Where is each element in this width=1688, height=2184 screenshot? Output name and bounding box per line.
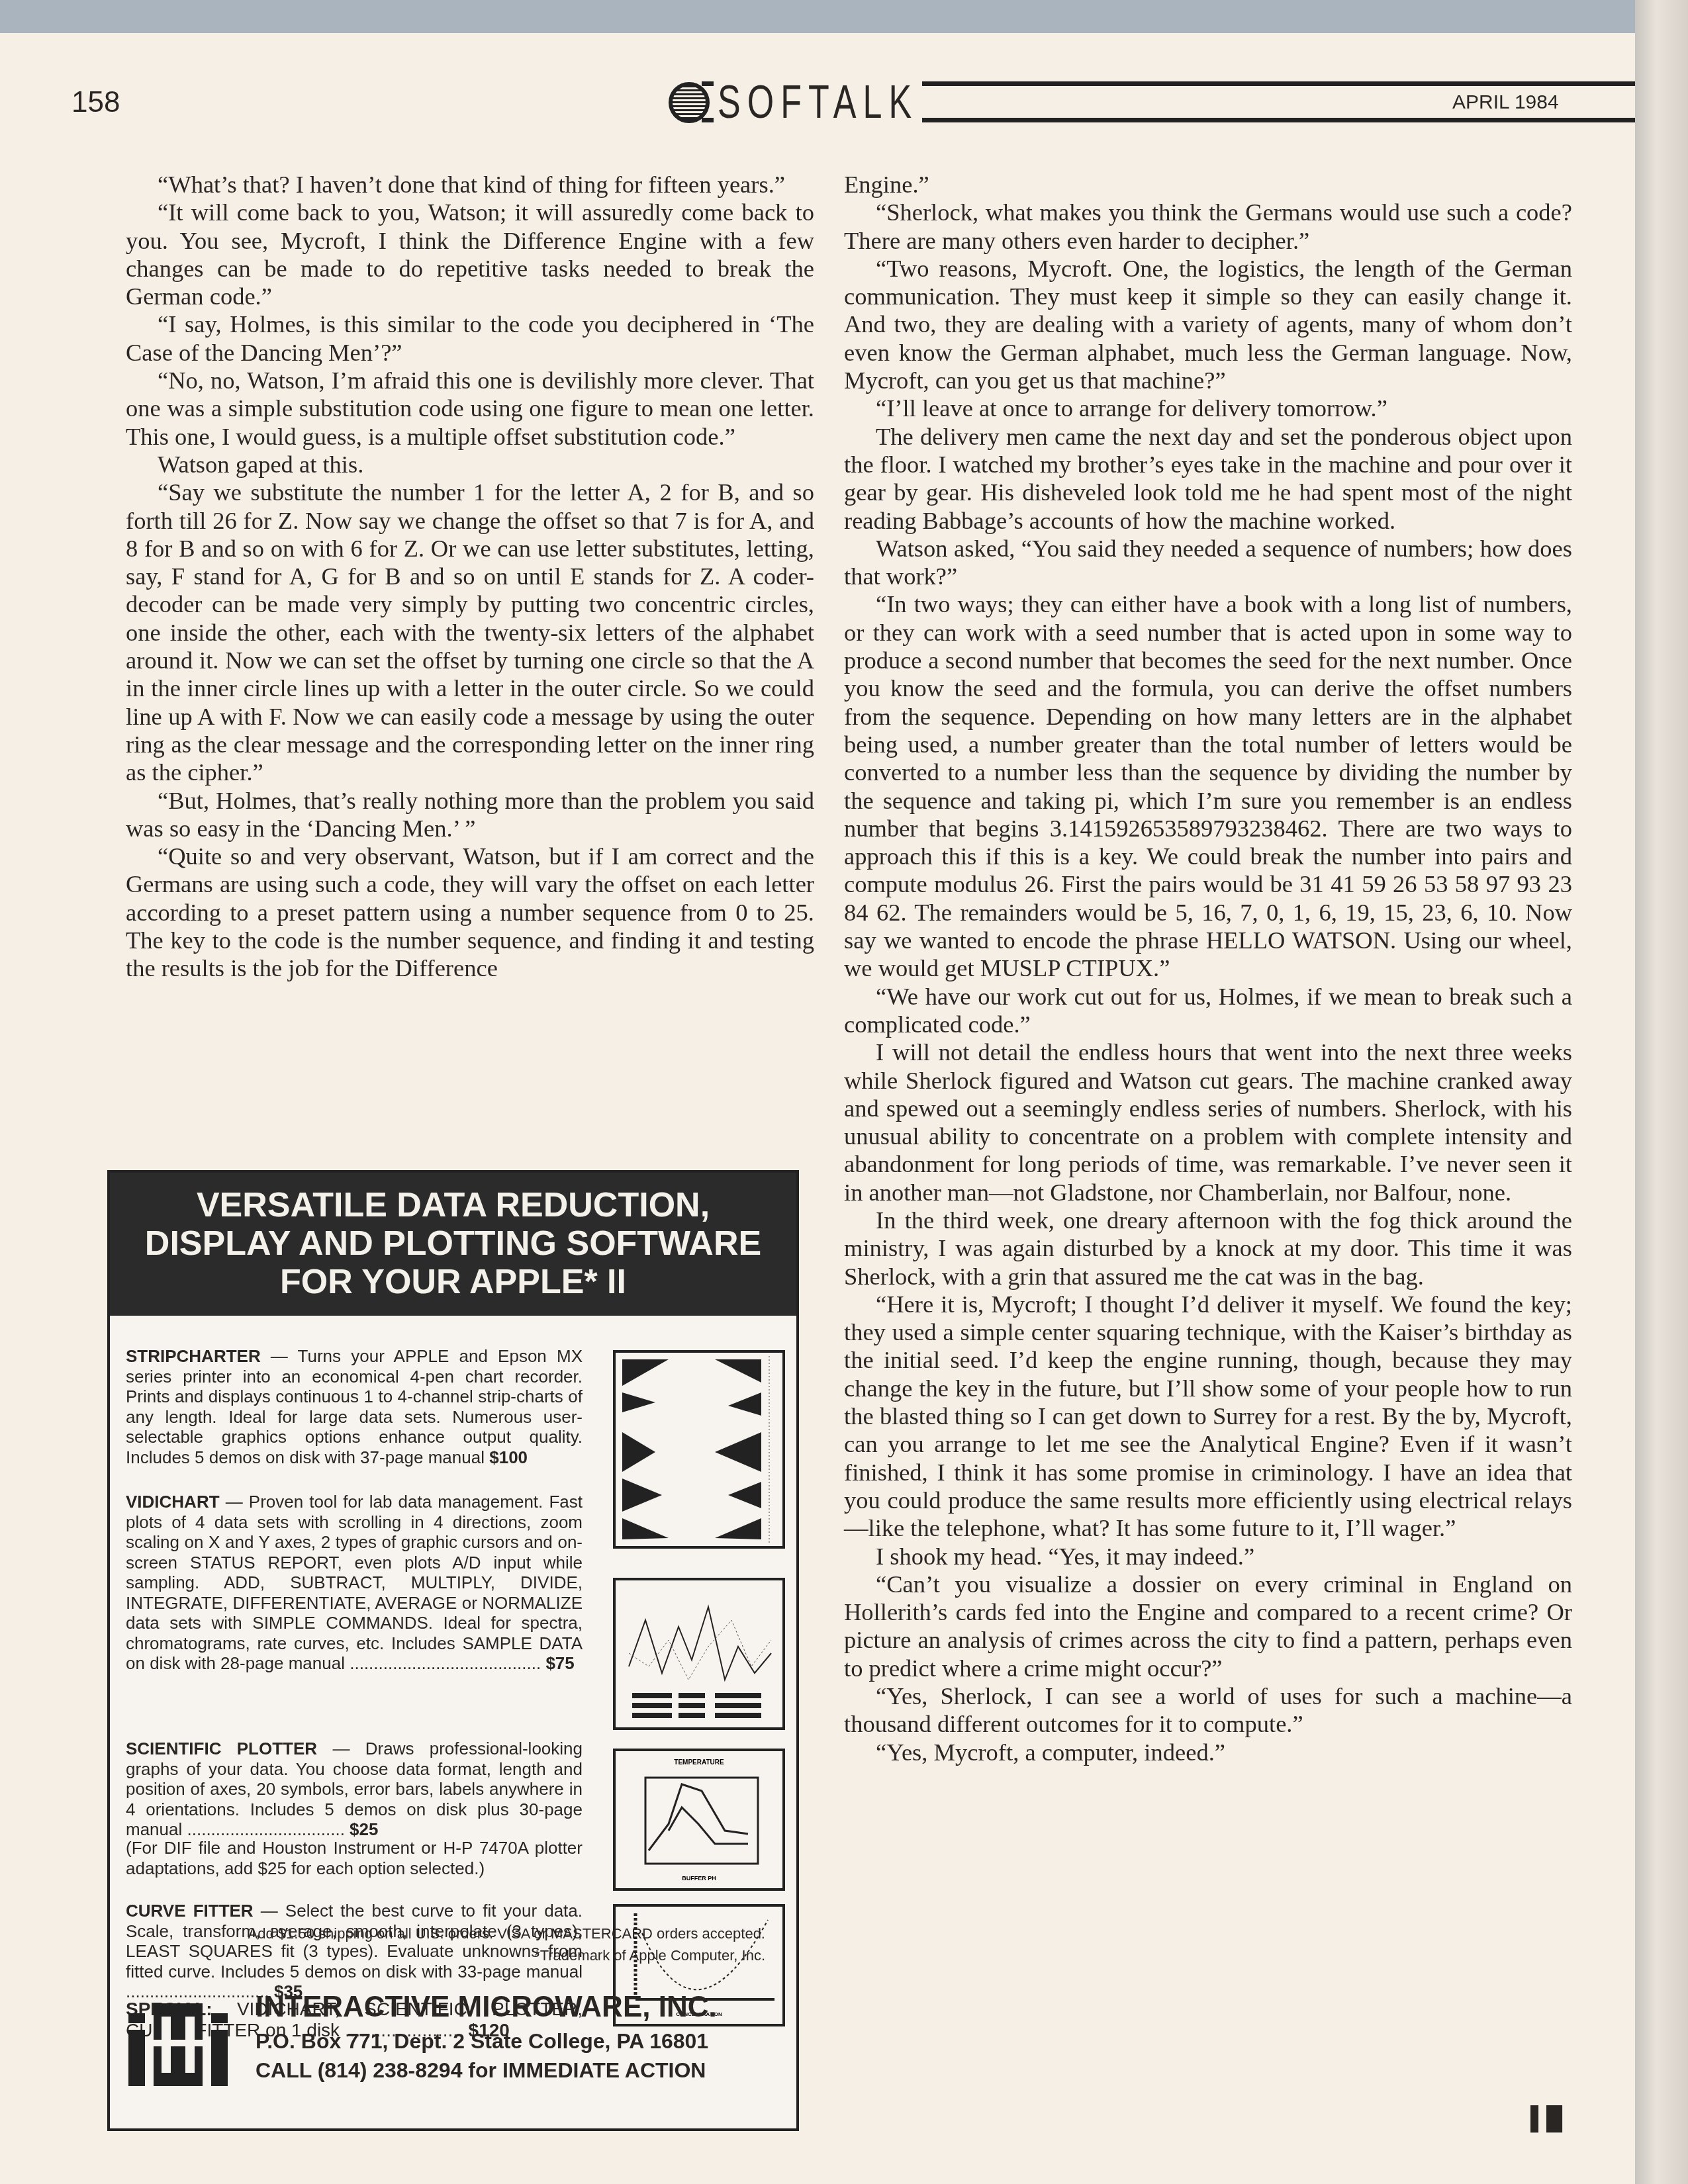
disk-logo-icon [669,82,710,123]
product-scientific-plotter: SCIENTIFIC PLOTTER — Draws professional-… [126,1739,583,1840]
product-name: SCIENTIFIC PLOTTER [126,1739,317,1758]
shipping-note: Add $1.50 shipping on all U.S. orders. V… [130,1925,765,1942]
product-name: VIDICHART [126,1492,220,1512]
product-vidichart: VIDICHART — Proven tool for lab data man… [126,1492,583,1674]
paragraph: “Here it is, Mycroft; I thought I’d deli… [844,1291,1572,1543]
headline-line: FOR YOUR APPLE* II [117,1263,790,1301]
article-left-column: “What’s that? I haven’t done that kind o… [126,171,814,983]
softalk-logo: SOFTALK [669,76,922,129]
product-desc: — Proven tool for lab data management. F… [126,1492,583,1673]
svg-text:BUFFER PH: BUFFER PH [682,1875,716,1882]
ad-headline: VERSATILE DATA REDUCTION, DISPLAY AND PL… [110,1173,796,1316]
paragraph: Engine.” [844,171,1572,199]
paragraph: Watson gaped at this. [126,451,814,478]
company-name: INTERACTIVE MICROWARE, INC. [256,1988,717,2026]
imi-logo-icon [128,2003,228,2089]
paragraph: Watson asked, “You said they needed a se… [844,535,1572,591]
paragraph: “Can’t you visualize a dossier on every … [844,1570,1572,1682]
page-edge [1635,0,1688,2184]
product-price: $25 [350,1819,378,1839]
magazine-title: SOFTALK [714,76,922,130]
paragraph: The delivery men came the next day and s… [844,423,1572,535]
paragraph: “I say, Holmes, is this similar to the c… [126,310,814,367]
paragraph: In the third week, one dreary afternoon … [844,1206,1572,1291]
headline-line: DISPLAY AND PLOTTING SOFTWARE [117,1224,790,1263]
paragraph: “No, no, Watson, I’m afraid this one is … [126,367,814,451]
product-stripcharter: STRIPCHARTER — Turns your APPLE and Epso… [126,1346,583,1467]
paragraph: “In two ways; they can either have a boo… [844,590,1572,982]
note-text: (For DIF file and Houston Instrument or … [126,1838,583,1878]
scientific-plotter-thumbnail: TEMPERATURE BUFFER PH [613,1749,785,1891]
line-plot-icon: TEMPERATURE BUFFER PH [616,1751,782,1888]
paragraph: “Say we substitute the number 1 for the … [126,478,814,786]
stripchart-thumbnail [613,1350,785,1549]
svg-text:TEMPERATURE: TEMPERATURE [674,1759,724,1766]
article-right-column: Engine.” “Sherlock, what makes you think… [844,171,1572,1766]
stripchart-pattern-icon [616,1353,782,1546]
product-price: $75 [545,1653,574,1673]
product-name: STRIPCHARTER [126,1346,261,1366]
advertisement: VERSATILE DATA REDUCTION, DISPLAY AND PL… [107,1170,799,2131]
paragraph: I will not detail the endless hours that… [844,1038,1572,1206]
paragraph: “Yes, Mycroft, a computer, indeed.” [844,1739,1572,1766]
paragraph: “Yes, Sherlock, I can see a world of use… [844,1682,1572,1739]
paragraph: “We have our work cut out for us, Holmes… [844,983,1572,1039]
product-name: CURVE FITTER [126,1901,254,1921]
issue-date: APRIL 1984 [1450,91,1562,114]
paragraph: “Quite so and very observant, Watson, bu… [126,842,814,982]
plotter-option-note: (For DIF file and Houston Instrument or … [126,1838,583,1878]
company-phone[interactable]: CALL (814) 238-8294 for IMMEDIATE ACTION [256,2056,717,2085]
vidichart-thumbnail [613,1578,785,1730]
paragraph: “I’ll leave at once to arrange for deliv… [844,394,1572,422]
vidichart-waveform-icon [616,1580,782,1727]
paragraph: “Two reasons, Mycroft. One, the logistic… [844,255,1572,394]
paragraph: “It will come back to you, Watson; it wi… [126,199,814,310]
company-address: P.O. Box 771, Dept. 2 State College, PA … [256,2026,717,2056]
product-price: $100 [489,1447,528,1467]
paragraph: “What’s that? I haven’t done that kind o… [126,171,814,199]
company-block: INTERACTIVE MICROWARE, INC. P.O. Box 771… [256,1988,717,2085]
paragraph: “But, Holmes, that’s really nothing more… [126,787,814,843]
page-number: 158 [71,86,120,119]
paragraph: “Sherlock, what makes you think the Germ… [844,199,1572,255]
headline-line: VERSATILE DATA REDUCTION, [117,1186,790,1224]
end-of-article-mark: ▌█ [1530,2106,1562,2132]
trademark-note: *Trademark of Apple Computer, Inc. [130,1947,765,1964]
paragraph: I shook my head. “Yes, it may indeed.” [844,1543,1572,1570]
